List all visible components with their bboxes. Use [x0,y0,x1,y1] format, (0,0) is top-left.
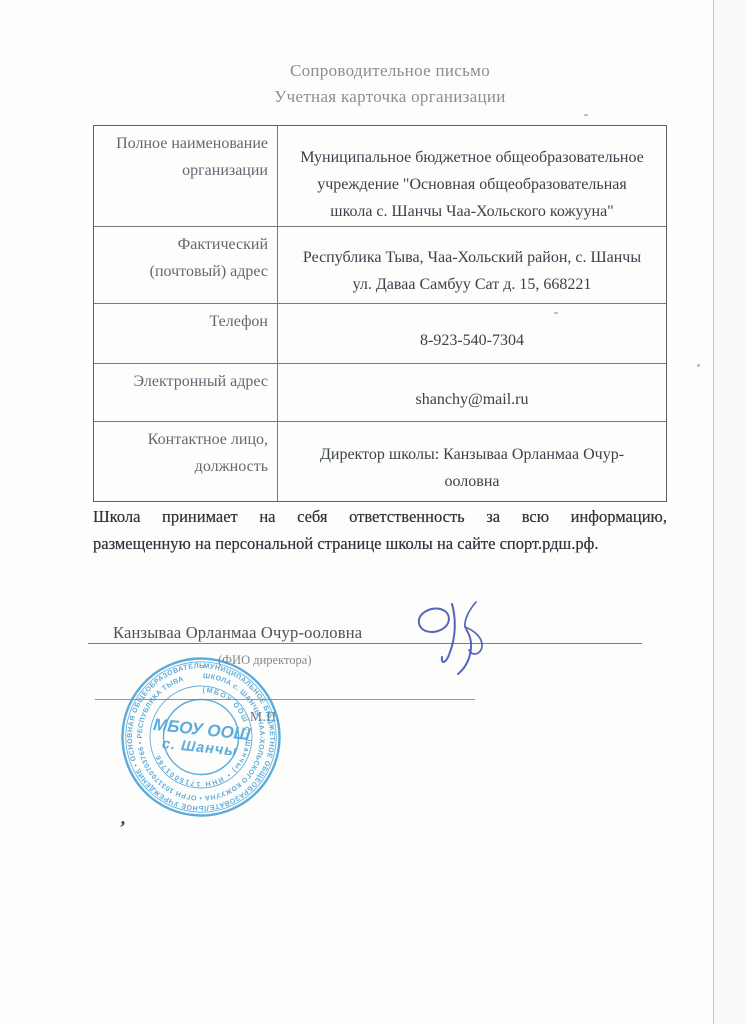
row-value: shanchy@mail.ru [278,364,666,421]
title-line-1: Сопроводительное письмо [103,58,677,84]
row-value: Директор школы: Канзываа Орланмаа Очур- … [278,422,666,501]
scan-edge-line [713,0,714,1024]
page-title: Сопроводительное письмо Учетная карточка… [103,58,677,110]
paragraph-line-2: размещенную на персональной странице шко… [93,530,667,557]
organization-card-table: Полное наименование организации Муниципа… [93,125,667,502]
table-row-phone: Телефон 8-923-540-7304 [94,303,666,363]
row-label: Полное наименование организации [94,126,278,226]
title-line-2: Учетная карточка организации [103,84,677,110]
scan-edge-strip [714,0,745,1024]
signature-name: Канзываа Орланмаа Очур-ооловна [113,623,362,643]
table-row-address: Фактический (почтовый) адрес Республика … [94,226,666,303]
table-row-email: Электронный адрес shanchy@mail.ru [94,363,666,421]
row-label: Электронный адрес [94,364,278,421]
signature-icon [408,596,518,686]
signature-underline [88,643,642,644]
row-label: Фактический (почтовый) адрес [94,227,278,303]
row-value: 8-923-540-7304 [278,304,666,363]
row-value: Муниципальное бюджетное общеобразователь… [278,126,666,226]
stamp-icon: МУНИЦИПАЛЬНОЕ БЮДЖЕТНОЕ ОБЩЕОБРАЗОВАТЕЛЬ… [111,647,291,827]
row-label: Контактное лицо, должность [94,422,278,501]
ink-speck [697,364,700,367]
scanned-document-page: Сопроводительное письмо Учетная карточка… [0,0,745,1024]
ink-speck [584,114,588,116]
row-value: Республика Тыва, Чаа-Хольский район, с. … [278,227,666,303]
table-row-contact-person: Контактное лицо, должность Директор школ… [94,421,666,501]
paragraph-line-1: Школа принимает на себя ответственность … [93,503,667,530]
row-label: Телефон [94,304,278,363]
responsibility-paragraph: Школа принимает на себя ответственность … [93,503,667,557]
table-row-full-name: Полное наименование организации Муниципа… [94,126,666,226]
